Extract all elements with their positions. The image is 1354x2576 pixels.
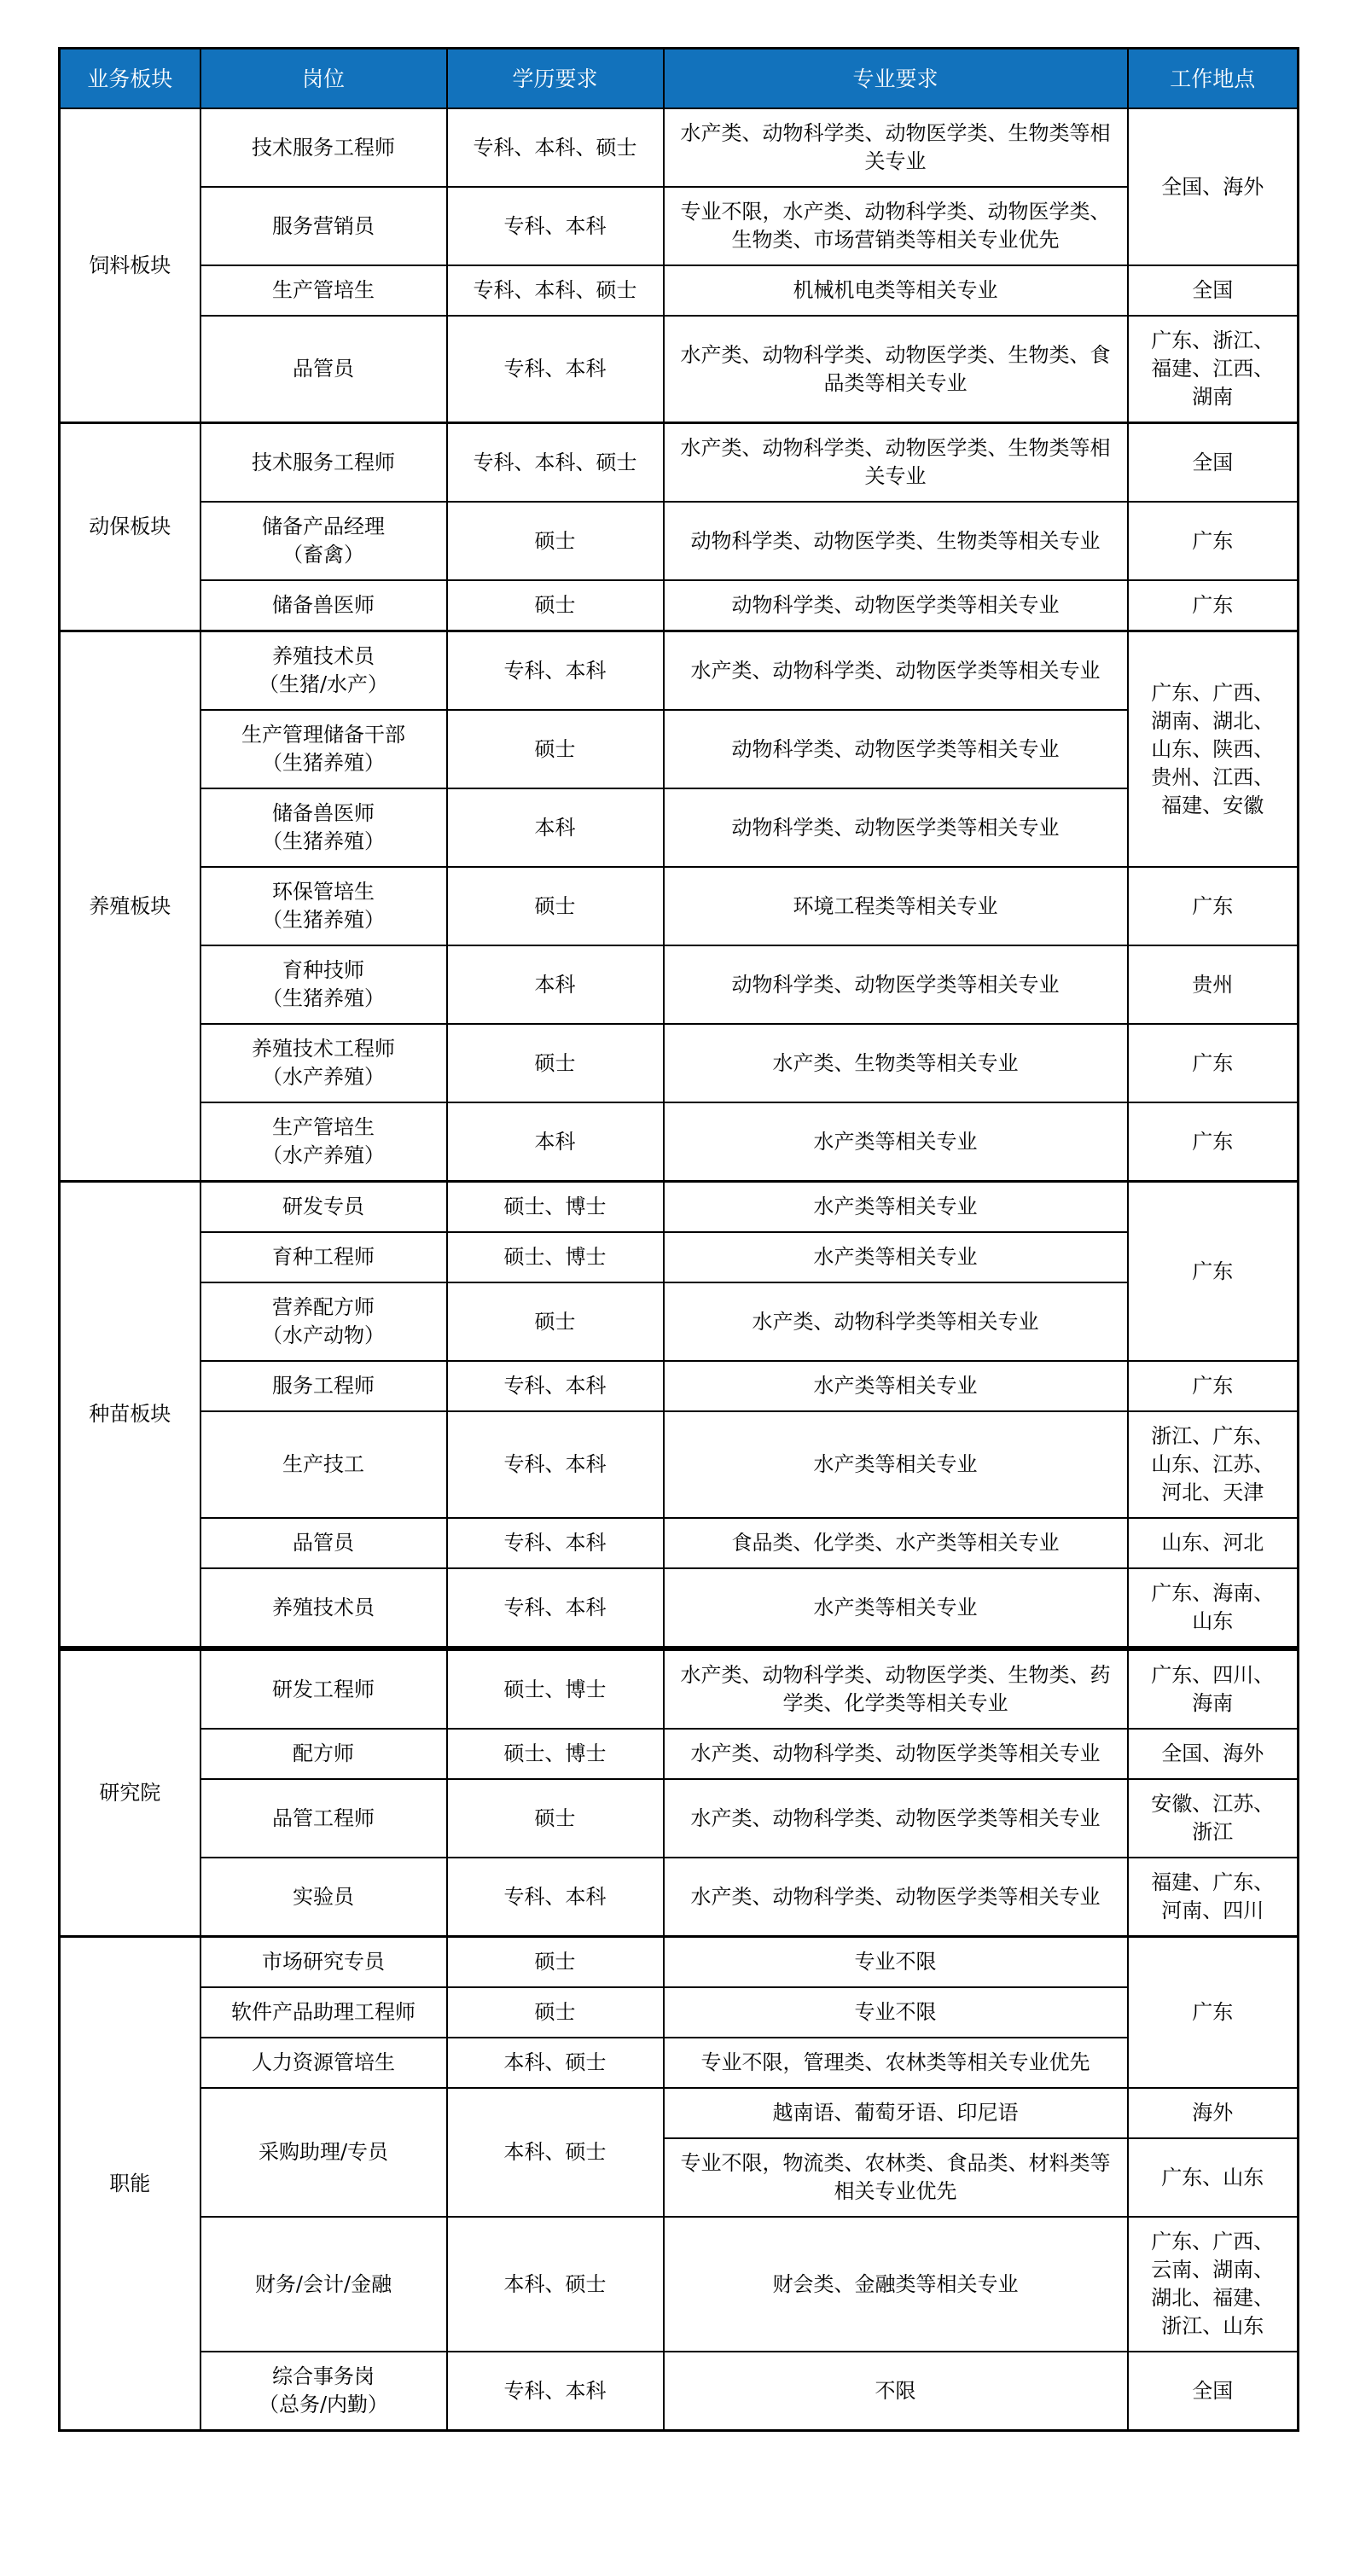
col-header-3: 专业要求 [664, 49, 1128, 109]
position-cell: 采购助理/专员 [200, 2088, 447, 2217]
education-cell: 专科、本科 [447, 1411, 664, 1518]
position-cell: 储备兽医师 （生猪养殖） [200, 788, 447, 867]
recruitment-table: 业务板块岗位学历要求专业要求工作地点 饲料板块技术服务工程师专科、本科、硕士水产… [58, 47, 1299, 2432]
location-cell: 安徽、江苏、浙江 [1128, 1779, 1299, 1858]
table-head: 业务板块岗位学历要求专业要求工作地点 [60, 49, 1299, 109]
education-cell: 专科、本科 [447, 316, 664, 423]
location-cell: 全国、海外 [1128, 108, 1299, 265]
major-cell: 动物科学类、动物医学类等相关专业 [664, 710, 1128, 788]
location-cell: 全国、海外 [1128, 1729, 1299, 1779]
major-cell: 水产类、动物科学类、动物医学类等相关专业 [664, 1729, 1128, 1779]
position-cell: 生产管培生 （水产养殖） [200, 1102, 447, 1182]
location-cell: 广东 [1128, 1024, 1299, 1102]
education-cell: 专科、本科 [447, 2352, 664, 2431]
education-cell: 硕士 [447, 502, 664, 580]
major-cell: 动物科学类、动物医学类等相关专业 [664, 788, 1128, 867]
major-cell: 水产类等相关专业 [664, 1361, 1128, 1411]
col-header-0: 业务板块 [60, 49, 200, 109]
education-cell: 硕士 [447, 580, 664, 631]
major-cell: 水产类、动物科学类、动物医学类等相关专业 [664, 1858, 1128, 1937]
document-page: 业务板块岗位学历要求专业要求工作地点 饲料板块技术服务工程师专科、本科、硕士水产… [0, 0, 1354, 2576]
major-cell: 水产类、动物科学类、动物医学类、生物类等相关专业 [664, 108, 1128, 187]
major-cell: 越南语、葡萄牙语、印尼语 [664, 2088, 1128, 2138]
position-cell: 品管员 [200, 316, 447, 423]
table-row: 品管员专科、本科水产类、动物科学类、动物医学类、生物类、食品类等相关专业广东、浙… [60, 316, 1299, 423]
major-cell: 动物科学类、动物医学类、生物类等相关专业 [664, 502, 1128, 580]
major-cell: 水产类等相关专业 [664, 1411, 1128, 1518]
location-cell: 海外 [1128, 2088, 1299, 2138]
table-row: 环保管培生 （生猪养殖）硕士环境工程类等相关专业广东 [60, 867, 1299, 945]
major-cell: 食品类、化学类、水产类等相关专业 [664, 1518, 1128, 1568]
table-row: 生产技工专科、本科水产类等相关专业浙江、广东、山东、江苏、河北、天津 [60, 1411, 1299, 1518]
education-cell: 专科、本科 [447, 631, 664, 711]
location-cell: 山东、河北 [1128, 1518, 1299, 1568]
table-row: 种苗板块研发专员硕士、博士水产类等相关专业广东 [60, 1182, 1299, 1233]
position-cell: 配方师 [200, 1729, 447, 1779]
major-cell: 水产类、动物科学类、动物医学类、生物类、药学类、化学类等相关专业 [664, 1649, 1128, 1729]
location-cell: 福建、广东、河南、四川 [1128, 1858, 1299, 1937]
table-row: 品管员专科、本科食品类、化学类、水产类等相关专业山东、河北 [60, 1518, 1299, 1568]
education-cell: 专科、本科、硕士 [447, 423, 664, 503]
education-cell: 硕士、博士 [447, 1182, 664, 1233]
position-cell: 环保管培生 （生猪养殖） [200, 867, 447, 945]
table-row: 人力资源管培生本科、硕士专业不限，管理类、农林类等相关专业优先 [60, 2038, 1299, 2088]
table-row: 配方师硕士、博士水产类、动物科学类、动物医学类等相关专业全国、海外 [60, 1729, 1299, 1779]
location-cell: 广东、浙江、福建、江西、湖南 [1128, 316, 1299, 423]
location-cell: 广东 [1128, 867, 1299, 945]
location-cell: 广东 [1128, 502, 1299, 580]
position-cell: 品管员 [200, 1518, 447, 1568]
major-cell: 动物科学类、动物医学类等相关专业 [664, 945, 1128, 1024]
table-row: 养殖技术员专科、本科水产类等相关专业广东、海南、山东 [60, 1568, 1299, 1649]
position-cell: 养殖技术员 （生猪/水产） [200, 631, 447, 711]
position-cell: 生产管培生 [200, 265, 447, 316]
table-row: 研究院研发工程师硕士、博士水产类、动物科学类、动物医学类、生物类、药学类、化学类… [60, 1649, 1299, 1729]
location-cell: 广东 [1128, 1361, 1299, 1411]
major-cell: 水产类等相关专业 [664, 1102, 1128, 1182]
position-cell: 综合事务岗 （总务/内勤） [200, 2352, 447, 2431]
table-row: 育种工程师硕士、博士水产类等相关专业 [60, 1232, 1299, 1282]
position-cell: 品管工程师 [200, 1779, 447, 1858]
education-cell: 本科 [447, 788, 664, 867]
table-row: 实验员专科、本科水产类、动物科学类、动物医学类等相关专业福建、广东、河南、四川 [60, 1858, 1299, 1937]
position-cell: 技术服务工程师 [200, 423, 447, 503]
major-cell: 动物科学类、动物医学类等相关专业 [664, 580, 1128, 631]
position-cell: 实验员 [200, 1858, 447, 1937]
location-cell: 广东 [1128, 580, 1299, 631]
section-label: 职能 [60, 1937, 200, 2431]
position-cell: 育种工程师 [200, 1232, 447, 1282]
table-row: 综合事务岗 （总务/内勤）专科、本科不限全国 [60, 2352, 1299, 2431]
location-cell: 广东 [1128, 1102, 1299, 1182]
major-cell: 不限 [664, 2352, 1128, 2431]
position-cell: 养殖技术工程师 （水产养殖） [200, 1024, 447, 1102]
education-cell: 硕士 [447, 1024, 664, 1102]
position-cell: 储备兽医师 [200, 580, 447, 631]
education-cell: 专科、本科 [447, 187, 664, 265]
education-cell: 专科、本科 [447, 1361, 664, 1411]
position-cell: 储备产品经理 （畜禽） [200, 502, 447, 580]
table-row: 储备产品经理 （畜禽）硕士动物科学类、动物医学类、生物类等相关专业广东 [60, 502, 1299, 580]
major-cell: 机械机电类等相关专业 [664, 265, 1128, 316]
col-header-1: 岗位 [200, 49, 447, 109]
position-cell: 技术服务工程师 [200, 108, 447, 187]
table-row: 职能市场研究专员硕士专业不限广东 [60, 1937, 1299, 1988]
location-cell: 广东、广西、云南、湖南、湖北、福建、浙江、山东 [1128, 2217, 1299, 2352]
table-row: 软件产品助理工程师硕士专业不限 [60, 1987, 1299, 2038]
location-cell: 广东、广西、湖南、湖北、山东、陕西、贵州、江西、福建、安徽 [1128, 631, 1299, 868]
major-cell: 水产类、动物科学类、动物医学类等相关专业 [664, 1779, 1128, 1858]
table-row: 储备兽医师 （生猪养殖）本科动物科学类、动物医学类等相关专业 [60, 788, 1299, 867]
col-header-4: 工作地点 [1128, 49, 1299, 109]
position-cell: 养殖技术员 [200, 1568, 447, 1649]
education-cell: 专科、本科 [447, 1518, 664, 1568]
major-cell: 水产类、动物科学类、动物医学类等相关专业 [664, 631, 1128, 711]
table-row: 品管工程师硕士水产类、动物科学类、动物医学类等相关专业安徽、江苏、浙江 [60, 1779, 1299, 1858]
education-cell: 本科、硕士 [447, 2217, 664, 2352]
section-label: 研究院 [60, 1649, 200, 1937]
education-cell: 硕士 [447, 710, 664, 788]
major-cell: 专业不限，水产类、动物科学类、动物医学类、生物类、市场营销类等相关专业优先 [664, 187, 1128, 265]
education-cell: 专科、本科 [447, 1858, 664, 1937]
major-cell: 环境工程类等相关专业 [664, 867, 1128, 945]
location-cell: 广东、海南、山东 [1128, 1568, 1299, 1649]
education-cell: 专科、本科 [447, 1568, 664, 1649]
table-row: 采购助理/专员本科、硕士越南语、葡萄牙语、印尼语海外 [60, 2088, 1299, 2138]
position-cell: 软件产品助理工程师 [200, 1987, 447, 2038]
education-cell: 本科、硕士 [447, 2088, 664, 2217]
education-cell: 硕士、博士 [447, 1649, 664, 1729]
location-cell: 浙江、广东、山东、江苏、河北、天津 [1128, 1411, 1299, 1518]
location-cell: 广东 [1128, 1182, 1299, 1362]
position-cell: 生产管理储备干部 （生猪养殖） [200, 710, 447, 788]
table-row: 财务/会计/金融本科、硕士财会类、金融类等相关专业广东、广西、云南、湖南、湖北、… [60, 2217, 1299, 2352]
table-row: 服务工程师专科、本科水产类等相关专业广东 [60, 1361, 1299, 1411]
major-cell: 专业不限，物流类、农林类、食品类、材料类等相关专业优先 [664, 2138, 1128, 2217]
major-cell: 专业不限 [664, 1987, 1128, 2038]
major-cell: 水产类、生物类等相关专业 [664, 1024, 1128, 1102]
table-row: 营养配方师 （水产动物）硕士水产类、动物科学类等相关专业 [60, 1282, 1299, 1361]
location-cell: 全国 [1128, 2352, 1299, 2431]
major-cell: 水产类等相关专业 [664, 1232, 1128, 1282]
major-cell: 专业不限，管理类、农林类等相关专业优先 [664, 2038, 1128, 2088]
table-row: 养殖技术工程师 （水产养殖）硕士水产类、生物类等相关专业广东 [60, 1024, 1299, 1102]
table-row: 饲料板块技术服务工程师专科、本科、硕士水产类、动物科学类、动物医学类、生物类等相… [60, 108, 1299, 187]
position-cell: 营养配方师 （水产动物） [200, 1282, 447, 1361]
table-row: 养殖板块养殖技术员 （生猪/水产）专科、本科水产类、动物科学类、动物医学类等相关… [60, 631, 1299, 711]
table-row: 生产管理储备干部 （生猪养殖）硕士动物科学类、动物医学类等相关专业 [60, 710, 1299, 788]
major-cell: 水产类、动物科学类、动物医学类、生物类等相关专业 [664, 423, 1128, 503]
position-cell: 研发工程师 [200, 1649, 447, 1729]
location-cell: 广东、山东 [1128, 2138, 1299, 2217]
major-cell: 水产类、动物科学类等相关专业 [664, 1282, 1128, 1361]
location-cell: 广东 [1128, 1937, 1299, 2089]
table-row: 生产管培生 （水产养殖）本科水产类等相关专业广东 [60, 1102, 1299, 1182]
education-cell: 本科 [447, 945, 664, 1024]
position-cell: 人力资源管培生 [200, 2038, 447, 2088]
education-cell: 硕士 [447, 1937, 664, 1988]
education-cell: 硕士 [447, 1282, 664, 1361]
education-cell: 硕士 [447, 1987, 664, 2038]
table-row: 动保板块技术服务工程师专科、本科、硕士水产类、动物科学类、动物医学类、生物类等相… [60, 423, 1299, 503]
section-label: 饲料板块 [60, 108, 200, 423]
major-cell: 财会类、金融类等相关专业 [664, 2217, 1128, 2352]
education-cell: 硕士 [447, 1779, 664, 1858]
location-cell: 全国 [1128, 265, 1299, 316]
major-cell: 专业不限 [664, 1937, 1128, 1988]
section-label: 养殖板块 [60, 631, 200, 1182]
position-cell: 财务/会计/金融 [200, 2217, 447, 2352]
education-cell: 专科、本科、硕士 [447, 108, 664, 187]
location-cell: 全国 [1128, 423, 1299, 503]
major-cell: 水产类、动物科学类、动物医学类、生物类、食品类等相关专业 [664, 316, 1128, 423]
header-row: 业务板块岗位学历要求专业要求工作地点 [60, 49, 1299, 109]
major-cell: 水产类等相关专业 [664, 1568, 1128, 1649]
major-cell: 水产类等相关专业 [664, 1182, 1128, 1233]
education-cell: 硕士、博士 [447, 1232, 664, 1282]
education-cell: 本科、硕士 [447, 2038, 664, 2088]
position-cell: 育种技师 （生猪养殖） [200, 945, 447, 1024]
table-row: 服务营销员专科、本科专业不限，水产类、动物科学类、动物医学类、生物类、市场营销类… [60, 187, 1299, 265]
position-cell: 服务工程师 [200, 1361, 447, 1411]
education-cell: 本科 [447, 1102, 664, 1182]
section-label: 动保板块 [60, 423, 200, 631]
table-row: 生产管培生专科、本科、硕士机械机电类等相关专业全国 [60, 265, 1299, 316]
position-cell: 生产技工 [200, 1411, 447, 1518]
position-cell: 研发专员 [200, 1182, 447, 1233]
section-label: 种苗板块 [60, 1182, 200, 1649]
table-body: 饲料板块技术服务工程师专科、本科、硕士水产类、动物科学类、动物医学类、生物类等相… [60, 108, 1299, 2431]
education-cell: 硕士、博士 [447, 1729, 664, 1779]
table-row: 育种技师 （生猪养殖）本科动物科学类、动物医学类等相关专业贵州 [60, 945, 1299, 1024]
position-cell: 服务营销员 [200, 187, 447, 265]
position-cell: 市场研究专员 [200, 1937, 447, 1988]
col-header-2: 学历要求 [447, 49, 664, 109]
location-cell: 广东、四川、海南 [1128, 1649, 1299, 1729]
education-cell: 硕士 [447, 867, 664, 945]
education-cell: 专科、本科、硕士 [447, 265, 664, 316]
location-cell: 贵州 [1128, 945, 1299, 1024]
table-row: 储备兽医师硕士动物科学类、动物医学类等相关专业广东 [60, 580, 1299, 631]
